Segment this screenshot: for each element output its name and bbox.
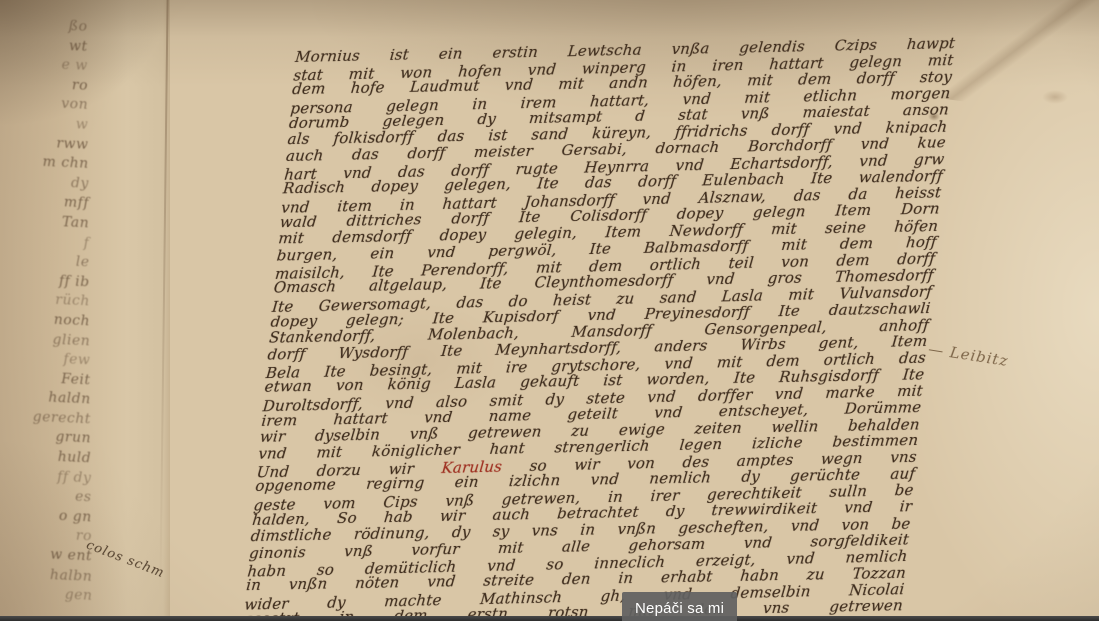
left-page-fragment: gerecht bbox=[0, 406, 91, 430]
marginal-note-leibitz: — Leibitz bbox=[927, 340, 1010, 370]
left-page-fragment: es bbox=[0, 484, 92, 508]
left-page-text-fragments: ßowte wrovonwrwwm chndymffTanfleff ibrüc… bbox=[0, 13, 93, 606]
dislike-tooltip: Nepáči sa mi bbox=[622, 592, 737, 621]
left-page-fragment: le bbox=[0, 249, 90, 273]
left-page-fragment: ßo bbox=[0, 13, 88, 37]
left-page-fragment: e w bbox=[0, 53, 88, 77]
left-page-fragment: few bbox=[0, 347, 90, 371]
video-frame: ßowte wrovonwrwwm chndymffTanfleff ibrüc… bbox=[0, 0, 1099, 621]
player-bottom-bar bbox=[0, 616, 1099, 621]
left-page-fragment: ro bbox=[0, 523, 92, 547]
left-page-fragment: w bbox=[0, 111, 88, 135]
left-page-fragment: rüch bbox=[0, 288, 90, 312]
left-page-fragment: dy bbox=[0, 170, 89, 194]
left-page-fragment: gen bbox=[0, 582, 93, 606]
manuscript-text-block: Mornius ist ein erstin Lewtscha vnßa gel… bbox=[242, 35, 968, 621]
